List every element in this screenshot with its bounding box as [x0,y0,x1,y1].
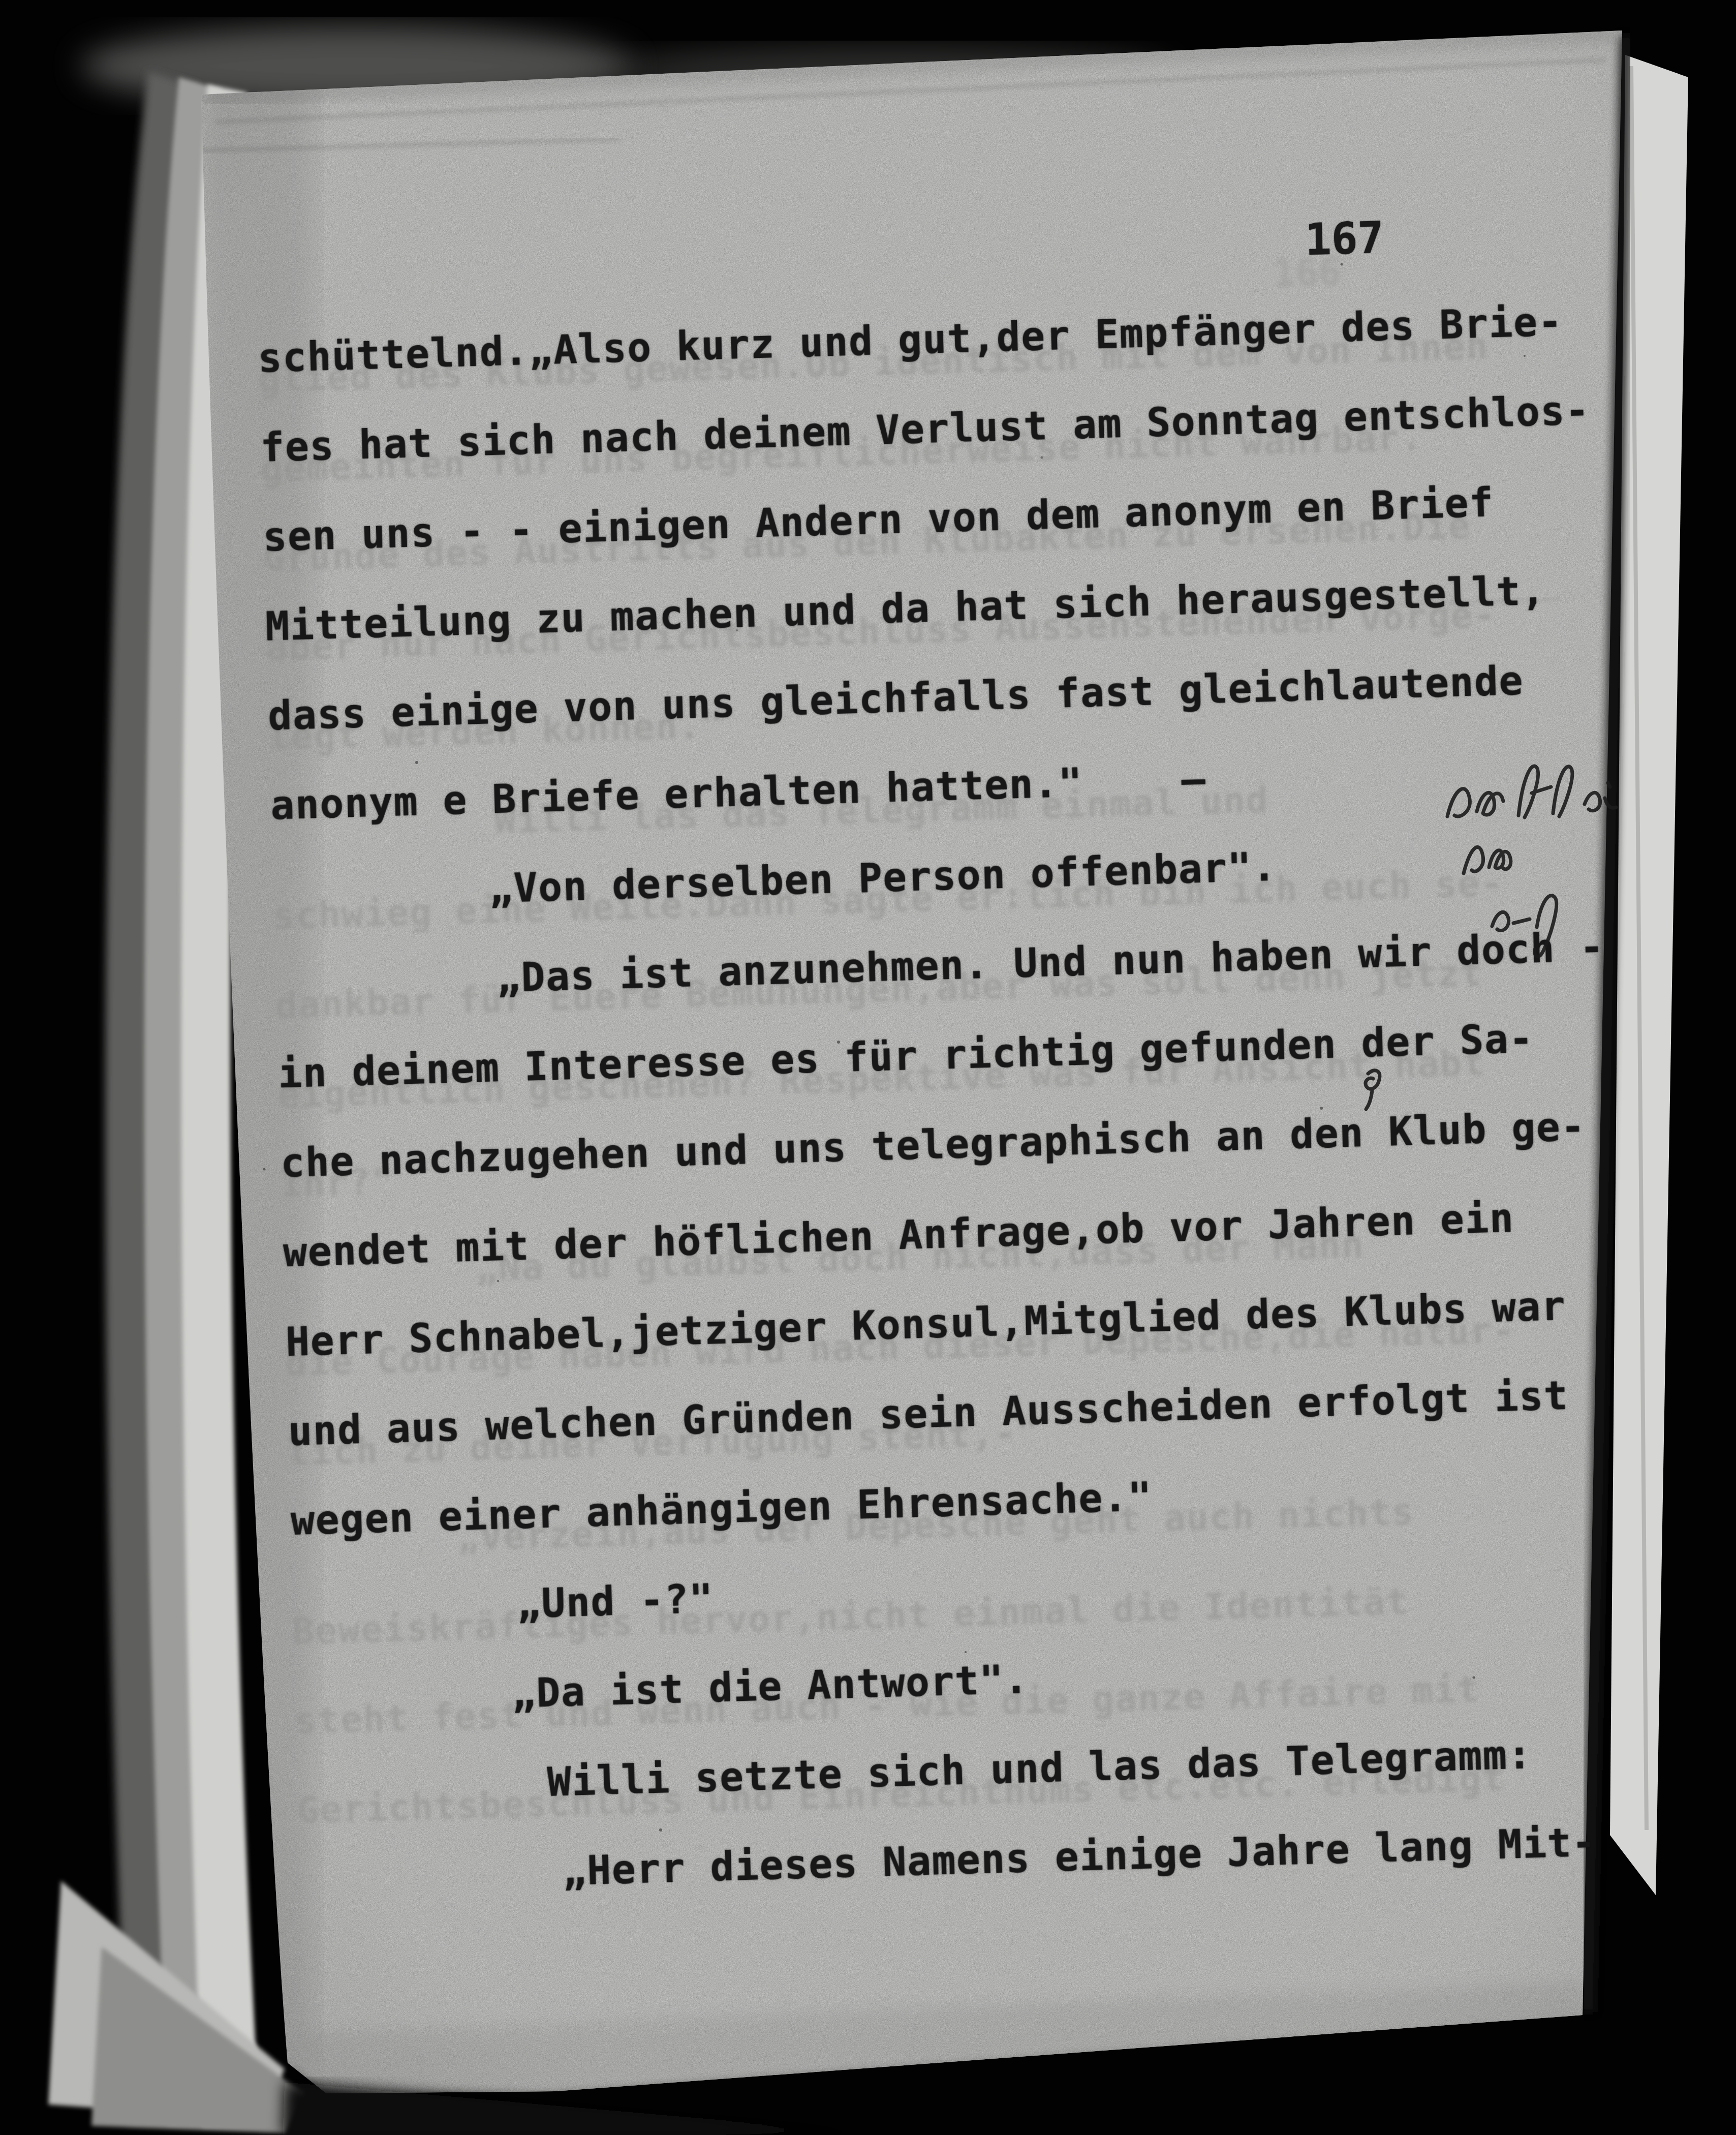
page-number: 167 [1305,212,1385,265]
scanned-typescript-page: 166 167 glied des Klubs gewesen.Ob ident… [0,0,1736,2135]
typed-text-layer: schüttelnd.„Also kurz und gut,der Empfän… [257,274,1714,1924]
